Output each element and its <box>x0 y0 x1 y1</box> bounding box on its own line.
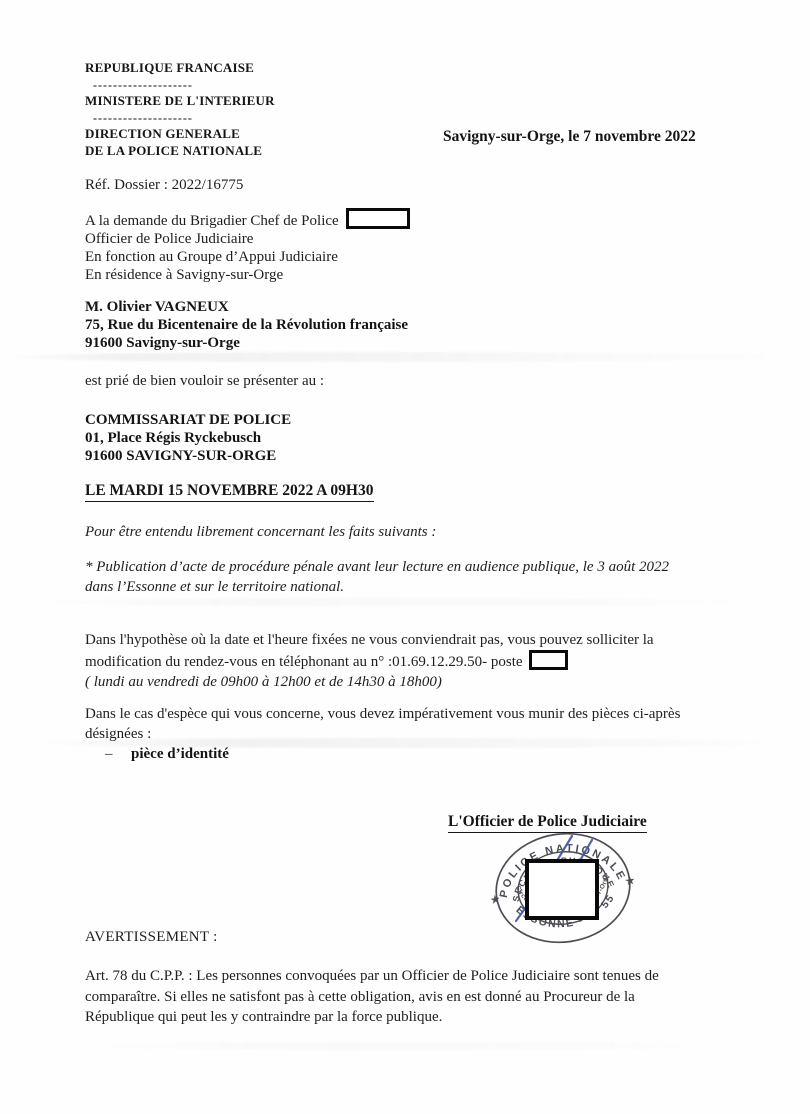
letterhead-separator: -------------------- <box>85 110 275 127</box>
warning-block: Art. 78 du C.P.P. : Les personnes convoq… <box>85 966 659 1028</box>
scan-artifact <box>0 352 810 362</box>
scan-artifact <box>20 598 780 606</box>
letterhead-police-nationale: DE LA POLICE NATIONALE <box>85 143 275 160</box>
scanned-letter-page: REPUBLIQUE FRANCAISE -------------------… <box>0 0 810 1114</box>
scan-artifact <box>60 1042 760 1050</box>
facts-line-2: dans l’Essonne et sur le territoire nati… <box>85 577 669 597</box>
reschedule-line-2-text: modification du rendez-vous en téléphona… <box>85 654 523 670</box>
addressee-street: 75, Rue du Bicentenaire de la Révolution… <box>85 316 408 334</box>
stamp-star-right-icon: ★ <box>624 873 637 888</box>
appointment-date: LE MARDI 15 NOVEMBRE 2022 A 09H30 <box>85 482 374 502</box>
venue-block: COMMISSARIAT DE POLICE 01, Place Régis R… <box>85 411 291 465</box>
addressee-city: 91600 Savigny-sur-Orge <box>85 334 408 352</box>
case-reference: Réf. Dossier : 2022/16775 <box>85 176 243 194</box>
warning-line-1: Art. 78 du C.P.P. : Les personnes convoq… <box>85 966 659 987</box>
documents-line-1: Dans le cas d'espèce qui vous concerne, … <box>85 704 680 724</box>
request-line-1: A la demande du Brigadier Chef de Police <box>85 208 410 230</box>
reschedule-block: Dans l'hypothèse où la date et l'heure f… <box>85 630 654 692</box>
letterhead-separator: -------------------- <box>85 77 275 94</box>
request-line-3: En fonction au Groupe d’Appui Judiciaire <box>85 248 410 266</box>
redaction-box-signature <box>527 861 597 918</box>
warning-line-3: République qui peut les y contraindre pa… <box>85 1007 659 1028</box>
venue-city: 91600 SAVIGNY-SUR-ORGE <box>85 447 291 465</box>
police-stamp: POLICE NATIONALE SECURITE PUBLIQUE Circo… <box>478 824 648 956</box>
reschedule-hours: ( lundi au vendredi de 09h00 à 12h00 et … <box>85 672 654 692</box>
documents-line-2: désignées : <box>85 724 680 744</box>
documents-bullet-item: pièce d’identité <box>131 746 229 762</box>
appointment-heading: LE MARDI 15 NOVEMBRE 2022 A 09H30 <box>85 482 374 502</box>
letterhead-republique: REPUBLIQUE FRANCAISE <box>85 60 275 77</box>
redaction-box-phone-extension <box>529 650 568 670</box>
documents-bullet: –pièce d’identité <box>85 744 680 764</box>
letterhead-ministere: MINISTERE DE L'INTERIEUR <box>85 93 275 110</box>
letterhead: REPUBLIQUE FRANCAISE -------------------… <box>85 60 275 159</box>
request-line-4: En résidence à Savigny-sur-Orge <box>85 266 410 284</box>
request-line-1-text: A la demande du Brigadier Chef de Police <box>85 213 339 229</box>
facts-line-1: * Publication d’acte de procédure pénale… <box>85 557 669 577</box>
facts-block: * Publication d’acte de procédure pénale… <box>85 557 669 597</box>
present-instruction: est prié de bien vouloir se présenter au… <box>85 372 324 390</box>
bullet-dash: – <box>105 744 131 764</box>
venue-name: COMMISSARIAT DE POLICE <box>85 411 291 429</box>
redaction-box-officer-name <box>346 208 410 229</box>
reschedule-line-1: Dans l'hypothèse où la date et l'heure f… <box>85 630 654 650</box>
request-line-2: Officier de Police Judiciaire <box>85 230 410 248</box>
warning-heading: AVERTISSEMENT : <box>85 928 218 946</box>
addressee-block: M. Olivier VAGNEUX 75, Rue du Bicentenai… <box>85 298 408 352</box>
addressee-name: M. Olivier VAGNEUX <box>85 298 408 316</box>
requesting-officer-block: A la demande du Brigadier Chef de Police… <box>85 208 410 284</box>
letterhead-direction-generale: DIRECTION GENERALE <box>85 126 275 143</box>
warning-line-2: comparaître. Si elles ne satisfont pas à… <box>85 987 659 1008</box>
documents-block: Dans le cas d'espèce qui vous concerne, … <box>85 704 680 764</box>
venue-street: 01, Place Régis Ryckebusch <box>85 429 291 447</box>
dateline: Savigny-sur-Orge, le 7 novembre 2022 <box>443 128 696 146</box>
hearing-intro: Pour être entendu librement concernant l… <box>85 523 436 541</box>
stamp-star-left-icon: ★ <box>489 892 502 907</box>
reschedule-line-2: modification du rendez-vous en téléphona… <box>85 650 654 672</box>
